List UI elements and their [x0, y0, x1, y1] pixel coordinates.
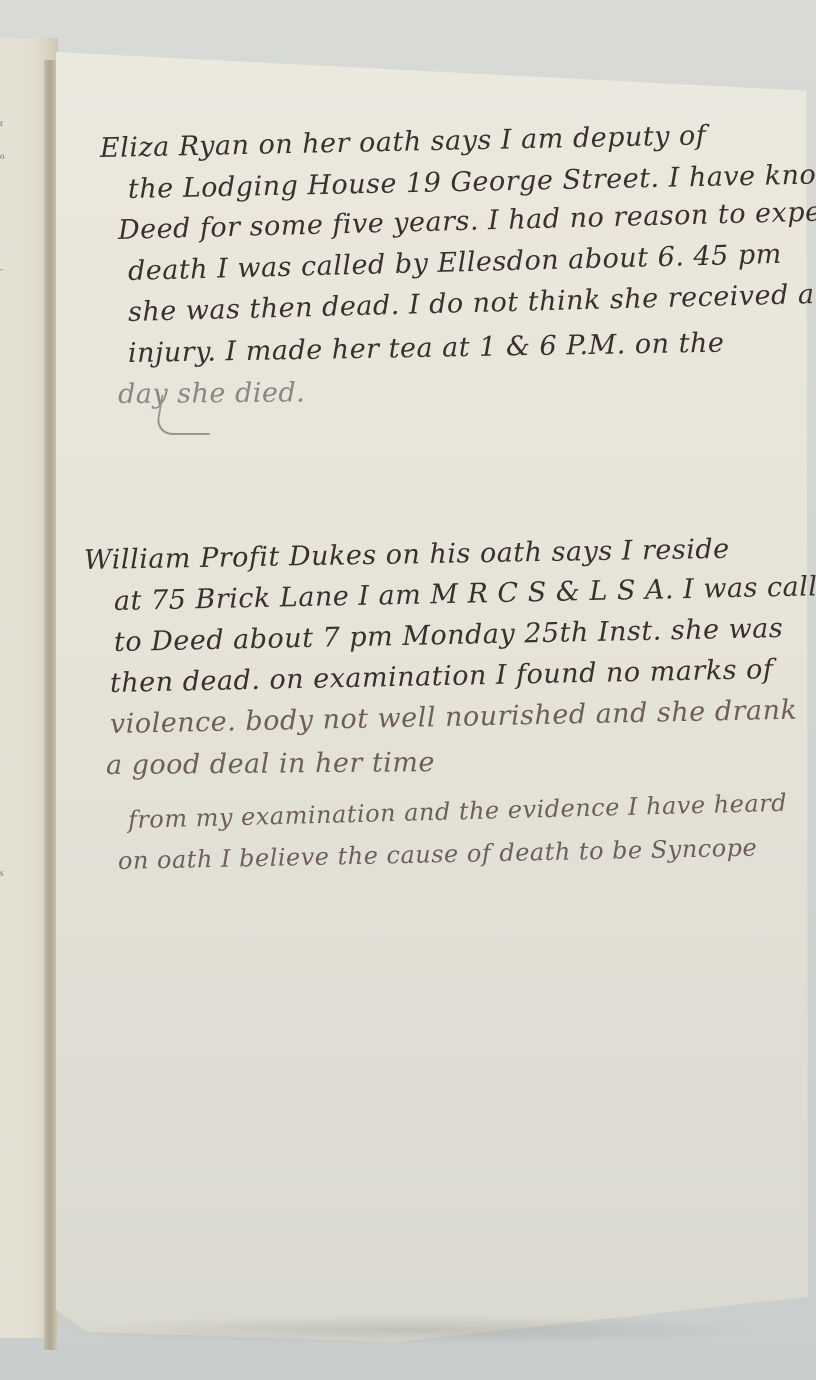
signature-flourish: [154, 395, 216, 435]
deposition-line-pencil: day she died.: [118, 367, 816, 415]
deposition-william-profit-dukes: William Profit Dukes on his oath says I …: [84, 540, 816, 786]
edge-mark: -: [0, 264, 3, 274]
medical-conclusion: from my examination and the evidence I h…: [118, 800, 787, 882]
page-shadow: [60, 1315, 760, 1345]
deposition-line: a good deal in her time: [106, 738, 816, 786]
edge-mark: r: [0, 118, 3, 128]
edge-mark: o: [0, 151, 5, 161]
edge-mark: s: [0, 868, 4, 878]
book-gutter: [44, 60, 58, 1350]
deposition-eliza-ryan: Eliza Ryan on her oath says I am deputy …: [100, 128, 816, 415]
